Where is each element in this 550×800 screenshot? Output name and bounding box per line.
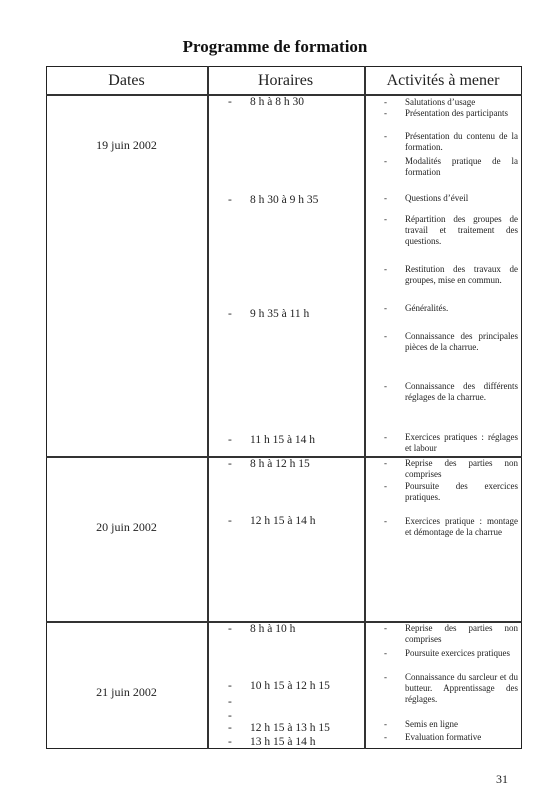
horaire-text: 8 h 30 à 9 h 35 <box>250 194 318 206</box>
activite-item: -Poursuite des exercices pratiques. <box>384 481 518 503</box>
horaire-text: 11 h 15 à 14 h <box>250 434 315 446</box>
column-header-dates: Dates <box>46 67 207 94</box>
activite-text: Modalités pratique de la formation <box>405 156 518 178</box>
activite-text: Poursuite des exercices pratiques. <box>405 481 518 503</box>
bullet-dash: - <box>384 381 387 392</box>
page-number: 31 <box>496 772 508 787</box>
horaire-text: 8 h à 8 h 30 <box>250 96 304 108</box>
date-cell: 20 juin 2002 <box>46 520 207 535</box>
horaire-text: 10 h 15 à 12 h 15 <box>250 680 330 692</box>
activite-item: -Evaluation formative <box>384 732 518 743</box>
bullet-dash: - <box>228 96 250 108</box>
bullet-dash: - <box>228 458 250 470</box>
bullet-dash: - <box>384 719 387 730</box>
activite-item: -Semis en ligne <box>384 719 518 730</box>
activite-item: -Questions d’éveil <box>384 193 518 204</box>
bullet-dash: - <box>228 680 250 692</box>
horaire-item: -8 h à 8 h 30 <box>228 96 304 108</box>
page-title: Programme de formation <box>0 37 550 57</box>
activite-item: -Connaissance des différents réglages de… <box>384 381 518 403</box>
bullet-dash: - <box>384 672 387 683</box>
bullet-dash: - <box>228 722 250 734</box>
bullet-dash: - <box>228 308 250 320</box>
date-cell: 19 juin 2002 <box>46 138 207 153</box>
activite-item: -Restitution des travaux de groupes, mis… <box>384 264 518 286</box>
activite-text: Exercices pratique : montage et démontag… <box>405 516 518 538</box>
activite-item: -Exercices pratique : montage et démonta… <box>384 516 518 538</box>
bullet-dash: - <box>384 131 387 142</box>
activite-item: -Présentation du contenu de la formation… <box>384 131 518 153</box>
horaire-item: -13 h 15 à 14 h <box>228 736 315 748</box>
bullet-dash: - <box>384 481 387 492</box>
bullet-dash: - <box>384 458 387 469</box>
bullet-dash: - <box>228 194 250 206</box>
activite-text: Répartition des groupes de travail et tr… <box>405 214 518 248</box>
activite-text: Questions d’éveil <box>405 193 518 204</box>
activite-text: Poursuite exercices pratiques <box>405 648 518 659</box>
activite-item: -Poursuite exercices pratiques <box>384 648 518 659</box>
horaire-text: 8 h à 12 h 15 <box>250 458 310 470</box>
bullet-dash: - <box>384 432 387 443</box>
horaire-text: 13 h 15 à 14 h <box>250 736 315 748</box>
activite-text: Semis en ligne <box>405 719 518 730</box>
bullet-dash: - <box>228 515 250 527</box>
activite-item: -Présentation des participants <box>384 108 518 119</box>
activite-text: Evaluation formative <box>405 732 518 743</box>
bullet-dash: - <box>384 648 387 659</box>
bullet-dash: - <box>384 97 387 108</box>
bullet-dash: - <box>228 696 250 708</box>
activite-text: Présentation des participants <box>405 108 518 119</box>
bullet-dash: - <box>228 434 250 446</box>
horaire-item: -11 h 15 à 14 h <box>228 434 315 446</box>
bullet-dash: - <box>384 264 387 275</box>
activite-text: Exercices pratiques : réglages et labour <box>405 432 518 454</box>
activite-item: -Connaissance des principales pièces de … <box>384 331 518 353</box>
bullet-dash: - <box>228 736 250 748</box>
horaire-item: -12 h 15 à 14 h <box>228 515 315 527</box>
column-header-activites: Activités à mener <box>364 67 522 94</box>
column-divider <box>207 66 209 749</box>
activite-item: -Exercices pratiques : réglages et labou… <box>384 432 518 454</box>
horaire-item: - <box>228 696 250 708</box>
activite-text: Présentation du contenu de la formation. <box>405 131 518 153</box>
bullet-dash: - <box>384 108 387 119</box>
activite-text: Reprise des parties non comprises <box>405 458 518 480</box>
activite-item: -Généralités. <box>384 303 518 314</box>
activite-text: Connaissance des principales pièces de l… <box>405 331 518 353</box>
horaire-item: -12 h 15 à 13 h 15 <box>228 722 330 734</box>
bullet-dash: - <box>384 623 387 634</box>
horaire-item: -8 h à 12 h 15 <box>228 458 310 470</box>
bullet-dash: - <box>384 193 387 204</box>
bullet-dash: - <box>228 623 250 635</box>
horaire-item: -10 h 15 à 12 h 15 <box>228 680 330 692</box>
activite-text: Connaissance du sarcleur et du butteur. … <box>405 672 518 706</box>
activite-item: -Reprise des parties non comprises <box>384 458 518 480</box>
activite-text: Salutations d’usage <box>405 97 518 108</box>
activite-item: -Répartition des groupes de travail et t… <box>384 214 518 248</box>
horaire-text: 12 h 15 à 13 h 15 <box>250 722 330 734</box>
bullet-dash: - <box>384 156 387 167</box>
horaire-text: 9 h 35 à 11 h <box>250 308 309 320</box>
column-header-horaires: Horaires <box>207 67 364 94</box>
horaire-item: -8 h 30 à 9 h 35 <box>228 194 318 206</box>
horaire-item: -9 h 35 à 11 h <box>228 308 309 320</box>
bullet-dash: - <box>228 710 250 722</box>
activite-item: -Reprise des parties non comprises <box>384 623 518 645</box>
horaire-item: - <box>228 710 250 722</box>
activite-text: Connaissance des différents réglages de … <box>405 381 518 403</box>
bullet-dash: - <box>384 516 387 527</box>
bullet-dash: - <box>384 331 387 342</box>
activite-text: Reprise des parties non comprises <box>405 623 518 645</box>
horaire-text: 8 h à 10 h <box>250 623 295 635</box>
horaire-text: 12 h 15 à 14 h <box>250 515 315 527</box>
horaire-item: -8 h à 10 h <box>228 623 295 635</box>
date-cell: 21 juin 2002 <box>46 685 207 700</box>
activite-text: Généralités. <box>405 303 518 314</box>
bullet-dash: - <box>384 732 387 743</box>
column-divider <box>364 66 366 749</box>
activite-item: -Salutations d’usage <box>384 97 518 108</box>
activite-item: -Modalités pratique de la formation <box>384 156 518 178</box>
bullet-dash: - <box>384 303 387 314</box>
activite-text: Restitution des travaux de groupes, mise… <box>405 264 518 286</box>
activite-item: -Connaissance du sarcleur et du butteur.… <box>384 672 518 706</box>
bullet-dash: - <box>384 214 387 225</box>
